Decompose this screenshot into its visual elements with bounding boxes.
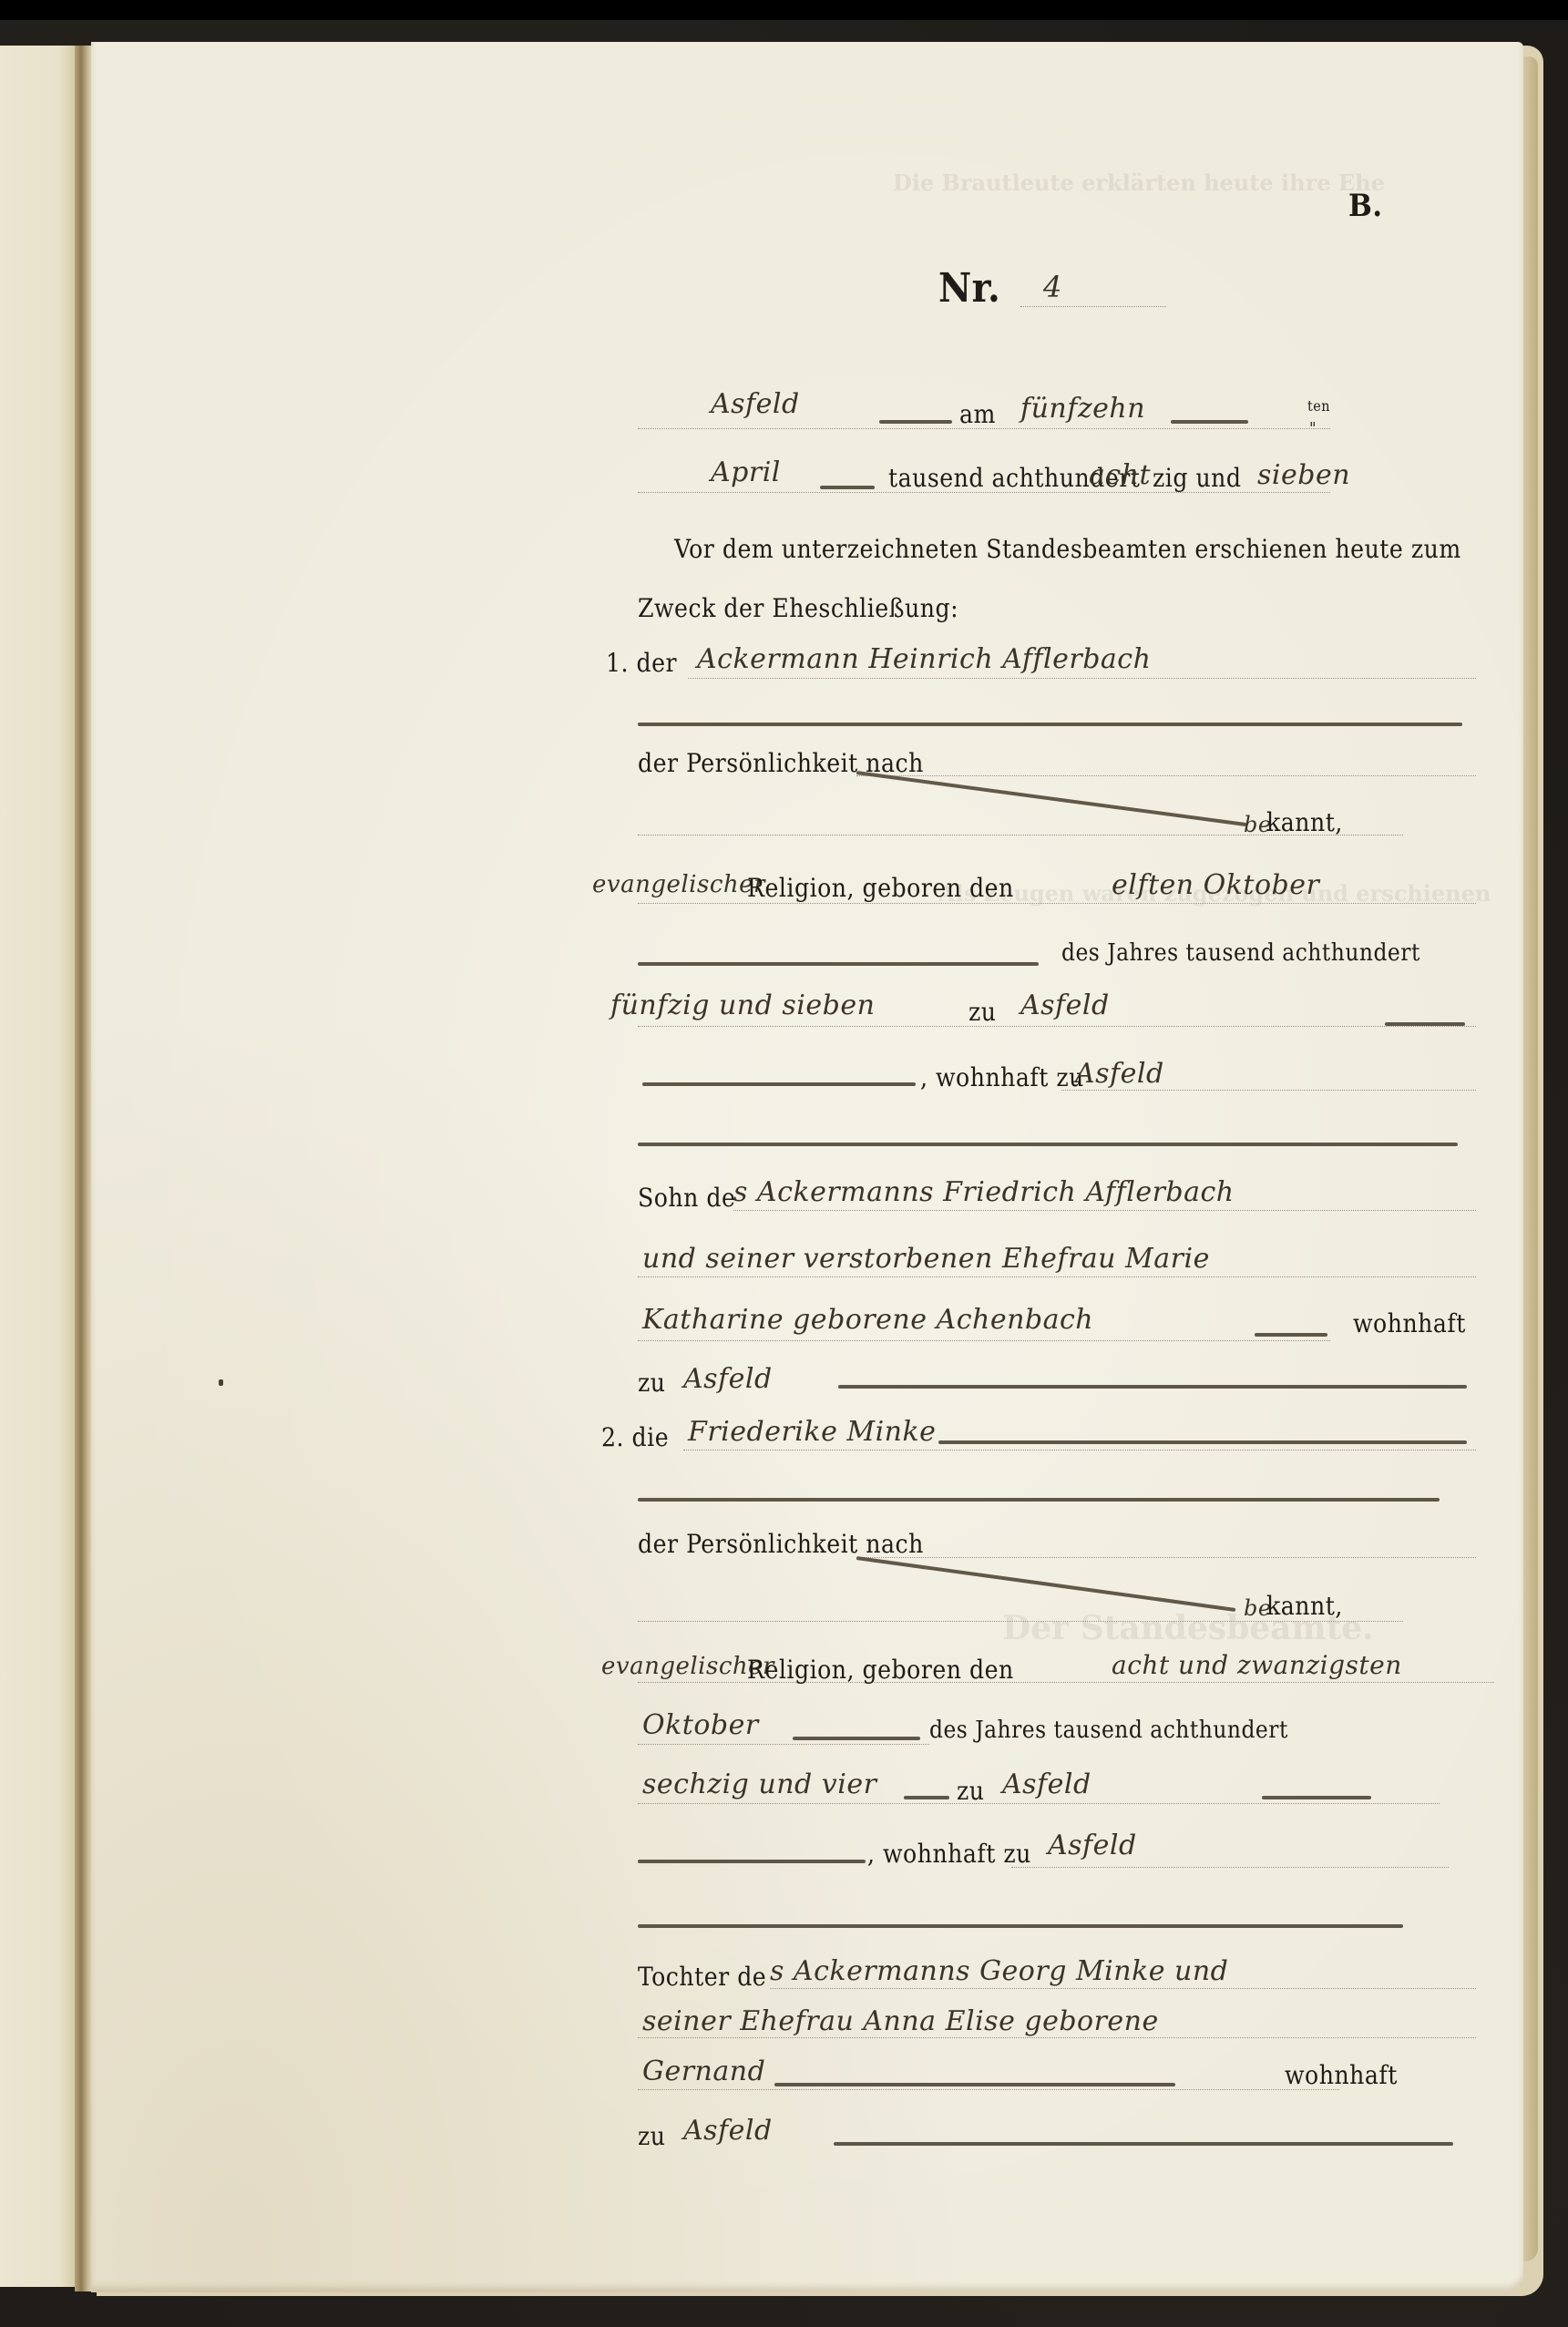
window-title-bar: /Abt_Ostwestfalen-Lippe/P6/P6-25/~000/P6…	[0, 0, 1568, 20]
intro-line-2: Zweck der Eheschließung:	[638, 593, 958, 623]
filler-stroke	[1255, 1333, 1327, 1337]
bleed-through-text: Die Brautleute erklärten heute ihre Ehe	[893, 169, 1385, 196]
filler-stroke	[638, 1143, 1458, 1146]
form-letter: B.	[1348, 188, 1383, 224]
bride-birth-month: Oktober	[642, 1709, 759, 1741]
bride-personality-label: der Persönlichkeit nach	[638, 1529, 924, 1559]
groom-parents-residence-zu: zu	[638, 1368, 666, 1398]
dotted-line	[733, 1210, 1476, 1211]
registration-day: fünfzehn	[1020, 393, 1145, 425]
dotted-line	[638, 1803, 1440, 1804]
groom-known-label: kannt,	[1266, 807, 1343, 837]
place-of-registry: Asfeld	[711, 388, 800, 420]
left-page-edge	[0, 46, 75, 2287]
groom-religion-label: Religion, geboren den	[747, 873, 1014, 903]
bride-residence: Asfeld	[1048, 1830, 1137, 1861]
dotted-line	[856, 1557, 1476, 1558]
dotted-line	[638, 903, 1476, 904]
dotted-line	[638, 1621, 1403, 1622]
filler-stroke	[820, 486, 875, 489]
dotted-line	[638, 2037, 1476, 2038]
groom-residence-label: , wohnhaft zu	[920, 1062, 1084, 1092]
bride-religion-label: Religion, geboren den	[747, 1655, 1014, 1685]
filler-stroke	[1262, 1796, 1371, 1799]
dotted-line	[638, 1276, 1476, 1277]
dotted-line	[770, 1988, 1476, 1989]
bride-parents-line-2: seiner Ehefrau Anna Elise geborene	[642, 2005, 1159, 2037]
bride-parents-line-1: s Ackermanns Georg Minke und	[770, 1955, 1228, 1987]
groom-year-label: des Jahres tausend achthundert	[1061, 939, 1420, 967]
registration-month: April	[711, 456, 781, 488]
paper-speck	[219, 1379, 223, 1386]
filler-stroke	[938, 1440, 1467, 1444]
strike-diagonal	[856, 771, 1247, 826]
groom-residence: Asfeld	[1075, 1058, 1164, 1090]
filler-stroke	[838, 1385, 1467, 1389]
groom-name: Ackermann Heinrich Afflerbach	[697, 643, 1151, 675]
dotted-line	[683, 1450, 1476, 1451]
dotted-line	[638, 1340, 1330, 1341]
filler-stroke	[793, 1737, 920, 1740]
filler-stroke	[638, 962, 1039, 966]
groom-parents-line-2: und seiner verstorbenen Ehefrau Marie	[642, 1243, 1210, 1275]
register-page: Die Brautleute erklärten heute ihre Ehe …	[91, 42, 1523, 2292]
bride-birth-day: acht und zwanzigsten	[1112, 1650, 1402, 1680]
day-suffix: ten	[1307, 397, 1330, 415]
bride-known-label: kannt,	[1266, 1591, 1343, 1621]
year-zig-und: zig und	[1153, 463, 1242, 493]
groom-birth-day: elften Oktober	[1112, 869, 1319, 901]
filler-stroke	[638, 1498, 1440, 1502]
groom-parents-residence: Asfeld	[683, 1363, 773, 1395]
bride-parents-residence: Asfeld	[683, 2115, 773, 2147]
groom-parents-residence-label: wohnhaft	[1353, 1308, 1466, 1338]
filler-stroke	[904, 1796, 949, 1799]
bride-year-label: des Jahres tausend achthundert	[929, 1717, 1288, 1744]
strike-diagonal	[856, 1556, 1236, 1612]
bride-residence-label: , wohnhaft zu	[867, 1839, 1031, 1869]
ditto-mark: "	[1309, 419, 1317, 438]
bride-parents-line-3: Gernand	[642, 2055, 765, 2087]
year-decade: acht	[1089, 459, 1151, 491]
filler-stroke	[834, 2142, 1453, 2146]
groom-parents-line-3: Katharine geborene Achenbach	[642, 1304, 1093, 1336]
filler-stroke	[774, 2083, 1175, 2086]
dotted-line	[638, 2089, 1339, 2090]
intro-line-1: Vor dem unterzeichneten Standesbeamten e…	[674, 534, 1461, 564]
dotted-line	[638, 1026, 1476, 1027]
groom-name-line	[688, 678, 1476, 679]
groom-religion: evangelischer	[592, 871, 765, 898]
groom-birth-place-label: zu	[968, 997, 997, 1027]
bride-birth-place-label: zu	[957, 1776, 985, 1806]
bride-birth-place: Asfeld	[1002, 1768, 1091, 1800]
dotted-line	[638, 1744, 929, 1745]
entry-number-label: Nr.	[938, 265, 1000, 312]
dotted-line	[856, 775, 1476, 776]
book-gutter	[75, 46, 93, 2291]
bride-parents-residence-label: wohnhaft	[1285, 2060, 1398, 2090]
groom-parents-line-1: s Ackermanns Friedrich Afflerbach	[733, 1176, 1235, 1208]
filler-stroke	[1171, 420, 1248, 424]
am-label: am	[959, 399, 996, 429]
groom-birth-year: fünfzig und sieben	[610, 989, 875, 1021]
filler-stroke	[638, 1924, 1403, 1928]
bride-index-label: 2. die	[601, 1422, 669, 1452]
bride-parents-label: Tochter de	[638, 1962, 766, 1992]
filler-stroke	[642, 1082, 916, 1086]
filler-stroke	[638, 723, 1462, 726]
dotted-line	[1011, 1867, 1449, 1868]
filler-stroke	[638, 1860, 866, 1863]
filler-stroke	[879, 420, 952, 424]
dotted-line	[1061, 1090, 1476, 1091]
filler-stroke	[1385, 1022, 1465, 1026]
entry-number-value: 4	[1043, 270, 1062, 304]
bride-name: Friederike Minke	[688, 1416, 936, 1448]
bride-parents-residence-zu: zu	[638, 2121, 666, 2151]
groom-birth-place: Asfeld	[1020, 989, 1110, 1021]
year-unit: sieben	[1257, 459, 1350, 491]
entry-number-line	[1020, 306, 1166, 307]
groom-parents-label: Sohn de	[638, 1183, 735, 1213]
groom-index-label: 1. der	[606, 648, 677, 678]
bride-birth-year: sechzig und vier	[642, 1768, 876, 1800]
